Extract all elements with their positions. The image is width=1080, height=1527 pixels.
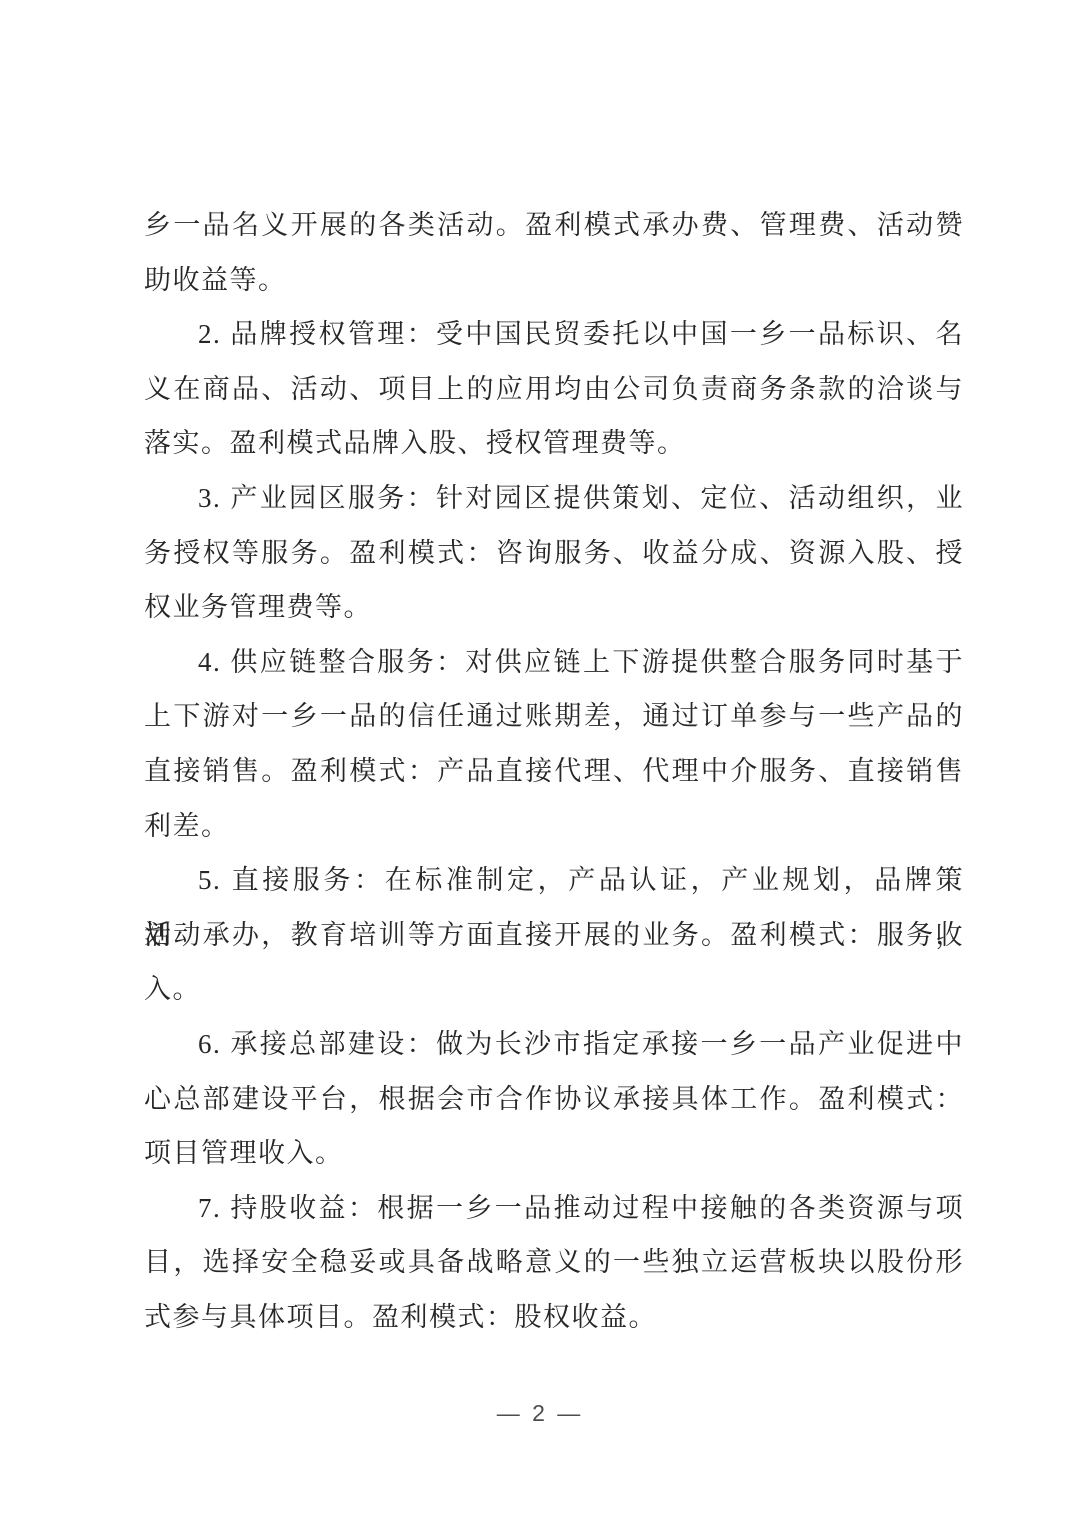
text-line: 心总部建设平台，根据会市合作协议承接具体工作。盈利模式：: [144, 1072, 964, 1127]
paragraph: 3. 产业园区服务：针对园区提供策划、定位、活动组织，业务授权等服务。盈利模式：…: [144, 471, 964, 635]
text-line: 目，选择安全稳妥或具备战略意义的一些独立运营板块以股份形: [144, 1235, 964, 1290]
paragraph: 2. 品牌授权管理：受中国民贸委托以中国一乡一品标识、名义在商品、活动、项目上的…: [144, 307, 964, 471]
text-line: 助收益等。: [144, 253, 964, 308]
text-line: 上下游对一乡一品的信任通过账期差，通过订单参与一些产品的: [144, 689, 964, 744]
document-page: 乡一品名义开展的各类活动。盈利模式承办费、管理费、活动赞助收益等。2. 品牌授权…: [0, 0, 1080, 1527]
text-line: 乡一品名义开展的各类活动。盈利模式承办费、管理费、活动赞: [144, 198, 964, 253]
paragraph: 7. 持股收益：根据一乡一品推动过程中接触的各类资源与项目，选择安全稳妥或具备战…: [144, 1181, 964, 1345]
text-line: 式参与具体项目。盈利模式：股权收益。: [144, 1290, 964, 1345]
text-line: 6. 承接总部建设：做为长沙市指定承接一乡一品产业促进中: [144, 1017, 964, 1072]
paragraph: 4. 供应链整合服务：对供应链上下游提供整合服务同时基于上下游对一乡一品的信任通…: [144, 635, 964, 853]
text-line: 3. 产业园区服务：针对园区提供策划、定位、活动组织，业: [144, 471, 964, 526]
page-number-label: — 2 —: [497, 1400, 584, 1426]
text-line: 权业务管理费等。: [144, 580, 964, 635]
text-line: 务授权等服务。盈利模式：咨询服务、收益分成、资源入股、授: [144, 526, 964, 581]
page-number: — 2 —: [0, 1393, 1080, 1433]
paragraph: 乡一品名义开展的各类活动。盈利模式承办费、管理费、活动赞助收益等。: [144, 198, 964, 307]
text-line: 项目管理收入。: [144, 1126, 964, 1181]
text-line: 落实。盈利模式品牌入股、授权管理费等。: [144, 416, 964, 471]
paragraph: 6. 承接总部建设：做为长沙市指定承接一乡一品产业促进中心总部建设平台，根据会市…: [144, 1017, 964, 1181]
text-line: 2. 品牌授权管理：受中国民贸委托以中国一乡一品标识、名: [144, 307, 964, 362]
text-line: 义在商品、活动、项目上的应用均由公司负责商务条款的洽谈与: [144, 362, 964, 417]
text-line: 入。: [144, 962, 964, 1017]
text-line: 活动承办，教育培训等方面直接开展的业务。盈利模式：服务收: [144, 908, 964, 963]
text-line: 5. 直接服务：在标准制定，产品认证，产业规划，品牌策划，: [144, 853, 964, 908]
text-line: 7. 持股收益：根据一乡一品推动过程中接触的各类资源与项: [144, 1181, 964, 1236]
document-body: 乡一品名义开展的各类活动。盈利模式承办费、管理费、活动赞助收益等。2. 品牌授权…: [144, 198, 964, 1344]
text-line: 4. 供应链整合服务：对供应链上下游提供整合服务同时基于: [144, 635, 964, 690]
text-line: 直接销售。盈利模式：产品直接代理、代理中介服务、直接销售: [144, 744, 964, 799]
paragraph: 5. 直接服务：在标准制定，产品认证，产业规划，品牌策划，活动承办，教育培训等方…: [144, 853, 964, 1017]
text-line: 利差。: [144, 799, 964, 854]
